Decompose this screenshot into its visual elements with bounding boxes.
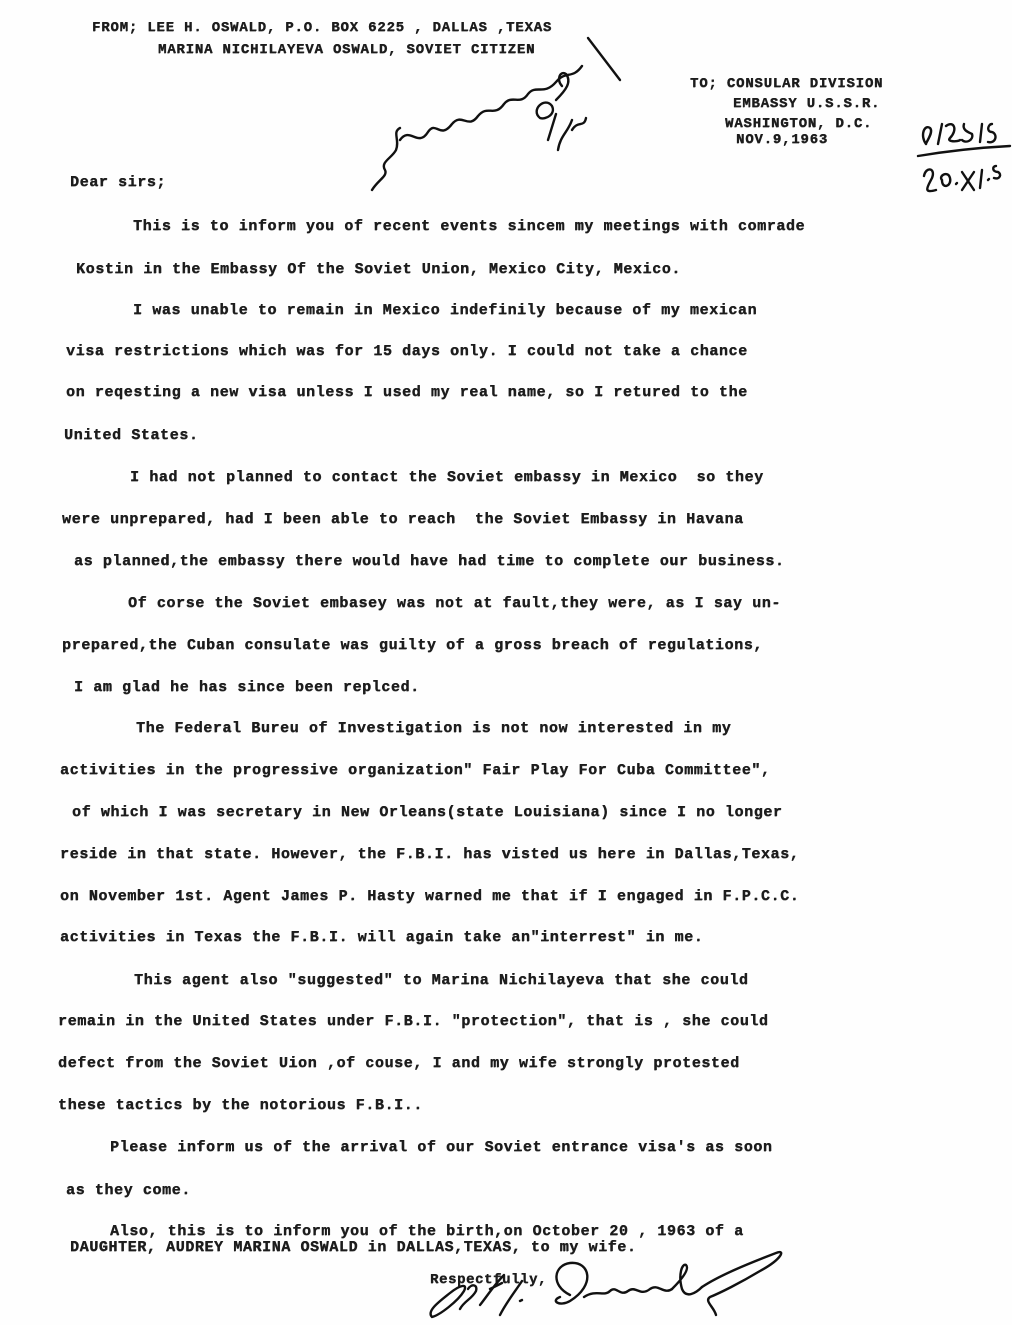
body-line: activities in the progressive organizati… [60,762,771,779]
to-line-3: WASHINGTON, D.C. [725,116,872,132]
body-line: on reqesting a new visa unless I used my… [66,384,748,401]
body-line: activities in Texas the F.B.I. will agai… [60,929,703,946]
letter-page: FROM; LEE H. OSWALD, P.O. BOX 6225 , DAL… [0,0,1012,1325]
body-line: visa restrictions which was for 15 days … [66,343,748,360]
handwritten-reference-number [912,110,1012,220]
to-line-2: EMBASSY U.S.S.R. [733,96,880,112]
body-line: The Federal Bureu of Investigation is no… [136,720,731,737]
body-line: United States. [64,427,198,444]
body-line: defect from the Soviet Uion ,of couse, I… [58,1055,740,1072]
body-line: This agent also "suggested" to Marina Ni… [134,972,749,989]
body-line: as they come. [66,1182,191,1199]
to-line-1: TO; CONSULAR DIVISION [690,76,883,92]
closing: Respectfully, [430,1272,547,1288]
body-line: I had not planned to contact the Soviet … [130,469,764,486]
body-line: these tactics by the notorious F.B.I.. [58,1097,423,1114]
body-line: Also, this is to inform you of the birth… [110,1223,744,1240]
body-line: Please inform us of the arrival of our S… [110,1139,773,1156]
body-line: as planned,the embassy there would have … [74,553,785,570]
salutation: Dear sirs; [70,174,166,191]
body-line: This is to inform you of recent events s… [133,218,805,235]
body-line: of which I was secretary in New Orleans(… [72,804,783,821]
from-line-1: FROM; LEE H. OSWALD, P.O. BOX 6225 , DAL… [92,20,552,36]
body-line: remain in the United States under F.B.I.… [58,1013,769,1030]
body-line: Of corse the Soviet embasey was not at f… [128,595,781,612]
body-line: on November 1st. Agent James P. Hasty wa… [60,888,799,905]
from-line-2: MARINA NICHILAYEVA OSWALD, SOVIET CITIZE… [158,42,535,58]
body-line: I was unable to remain in Mexico indefin… [133,302,757,319]
body-line: Kostin in the Embassy Of the Soviet Unio… [76,261,681,278]
body-line: were unprepared, had I been able to reac… [62,511,744,528]
body-line: I am glad he has since been replced. [74,679,420,696]
body-line: prepared,the Cuban consulate was guilty … [62,637,763,654]
body-line: reside in that state. However, the F.B.I… [60,846,799,863]
letter-date: NOV.9,1963 [736,132,828,148]
body-line: DAUGHTER, AUDREY MARINA OSWALD in DALLAS… [70,1239,637,1256]
